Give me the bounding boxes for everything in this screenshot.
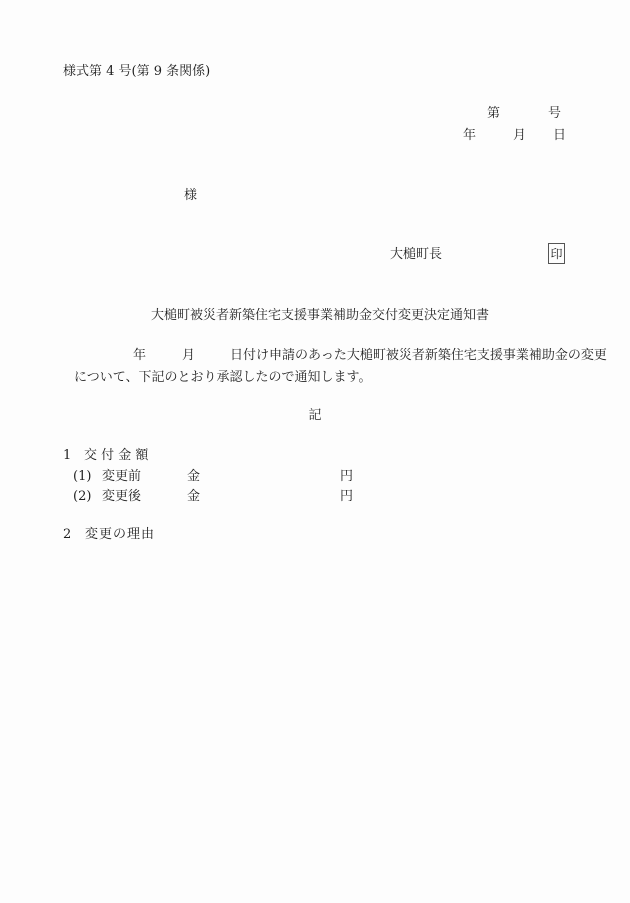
notice-document-page: 様式第 4 号(第 9 条関係) 第 号 年 月 日 様 大槌町長 印 大槌町被… [0, 0, 630, 903]
doc-number-suffix: 号 [548, 107, 561, 120]
body-year-label: 年 [133, 349, 146, 362]
issue-date-year-label: 年 [463, 129, 476, 142]
body-line1: 日付け申請のあった大槌町被災者新築住宅支援事業補助金の変更 [230, 349, 607, 362]
document-title: 大槌町被災者新築住宅支援事業補助金交付変更決定通知書 [10, 309, 630, 322]
issuer-title: 大槌町長 [390, 248, 442, 261]
doc-number-prefix: 第 [487, 107, 500, 120]
section2-number: 2 [63, 528, 71, 541]
issue-date-day-label: 日 [553, 129, 566, 142]
item1-label: 変更前 [102, 470, 141, 483]
item2-number: (2) [73, 490, 91, 503]
item1-number: (1) [73, 470, 91, 483]
body-line2: について、下記のとおり承認したので通知します。 [74, 371, 371, 384]
section2-heading: 変更の理由 [85, 528, 155, 541]
item2-currency-label: 金 [187, 490, 200, 503]
issue-date-month-label: 月 [513, 129, 526, 142]
form-number: 様式第 4 号(第 9 条関係) [63, 65, 210, 78]
item2-unit-label: 円 [340, 490, 353, 503]
item2-label: 変更後 [102, 490, 141, 503]
addressee-suffix-label: 様 [184, 189, 197, 202]
seal-box: 印 [548, 243, 565, 264]
item1-currency-label: 金 [187, 470, 200, 483]
record-marker: 記 [0, 409, 630, 422]
item1-unit-label: 円 [340, 470, 353, 483]
section1-number: 1 [63, 449, 71, 462]
seal-label: 印 [550, 248, 562, 260]
body-month-label: 月 [182, 349, 195, 362]
section1-heading: 交 付 金 額 [84, 449, 148, 462]
